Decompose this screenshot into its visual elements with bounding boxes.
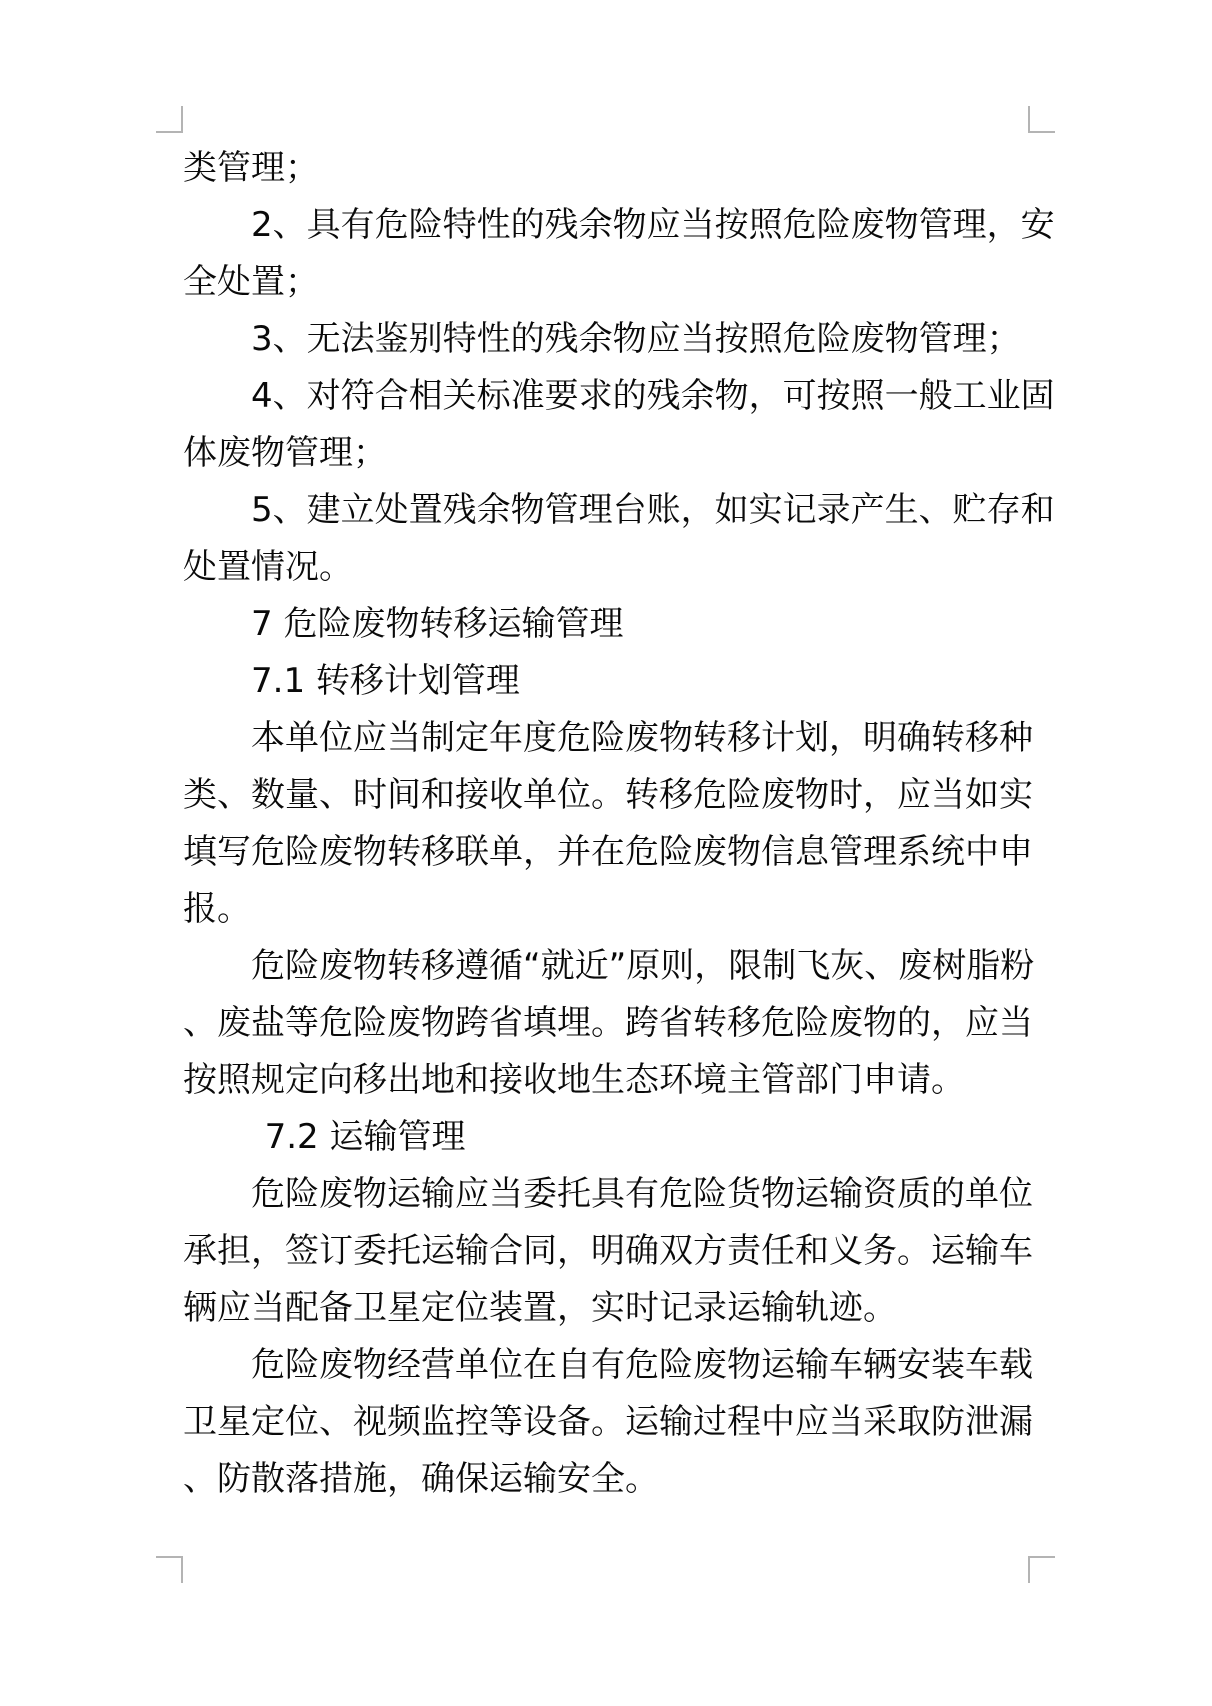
text-line-12: 类、数量、时间和接收单位。转移危险废物时，应当如实 — [183, 767, 1030, 824]
text-line-7: 5、建立处置残余物管理台账，如实记录产生、贮存和 — [183, 482, 1030, 539]
text-line-20: 承担，签订委托运输合同，明确双方责任和义务。运输车 — [183, 1223, 1030, 1280]
text-line-15: 危险废物转移遵循“就近”原则，限制飞灰、废树脂粉 — [183, 938, 1030, 995]
text-line-11: 本单位应当制定年度危险废物转移计划，明确转移种 — [183, 710, 1030, 767]
text-line-6: 体废物管理； — [183, 425, 1030, 482]
text-line-14: 报。 — [183, 881, 1030, 938]
text-line-1: 类管理； — [183, 140, 1030, 197]
margin-crop-mark-bottom-right-icon — [1028, 1556, 1055, 1583]
text-line-16: 、废盐等危险废物跨省填埋。跨省转移危险废物的，应当 — [183, 995, 1030, 1052]
text-line-24: 、防散落措施，确保运输安全。 — [183, 1451, 1030, 1508]
text-line-10: 7.1 转移计划管理 — [183, 653, 1030, 710]
text-line-5: 4、对符合相关标准要求的残余物，可按照一般工业固 — [183, 368, 1030, 425]
text-line-4: 3、无法鉴别特性的残余物应当按照危险废物管理； — [183, 311, 1030, 368]
text-line-18: 7.2 运输管理 — [183, 1109, 1030, 1166]
document-text-block: 类管理；2、具有危险特性的残余物应当按照危险废物管理，安全处置；3、无法鉴别特性… — [183, 140, 1030, 1508]
text-line-21: 辆应当配备卫星定位装置，实时记录运输轨迹。 — [183, 1280, 1030, 1337]
text-line-8: 处置情况。 — [183, 539, 1030, 596]
margin-crop-mark-top-right-icon — [1028, 106, 1055, 133]
document-page: 类管理；2、具有危险特性的残余物应当按照危险废物管理，安全处置；3、无法鉴别特性… — [0, 0, 1212, 1706]
text-line-17: 按照规定向移出地和接收地生态环境主管部门申请。 — [183, 1052, 1030, 1109]
text-line-2: 2、具有危险特性的残余物应当按照危险废物管理，安 — [183, 197, 1030, 254]
text-line-3: 全处置； — [183, 254, 1030, 311]
text-line-13: 填写危险废物转移联单，并在危险废物信息管理系统中申 — [183, 824, 1030, 881]
margin-crop-mark-top-left-icon — [156, 106, 183, 133]
text-line-23: 卫星定位、视频监控等设备。运输过程中应当采取防泄漏 — [183, 1394, 1030, 1451]
text-line-9: 7 危险废物转移运输管理 — [183, 596, 1030, 653]
text-line-19: 危险废物运输应当委托具有危险货物运输资质的单位 — [183, 1166, 1030, 1223]
text-line-22: 危险废物经营单位在自有危险废物运输车辆安装车载 — [183, 1337, 1030, 1394]
margin-crop-mark-bottom-left-icon — [156, 1556, 183, 1583]
